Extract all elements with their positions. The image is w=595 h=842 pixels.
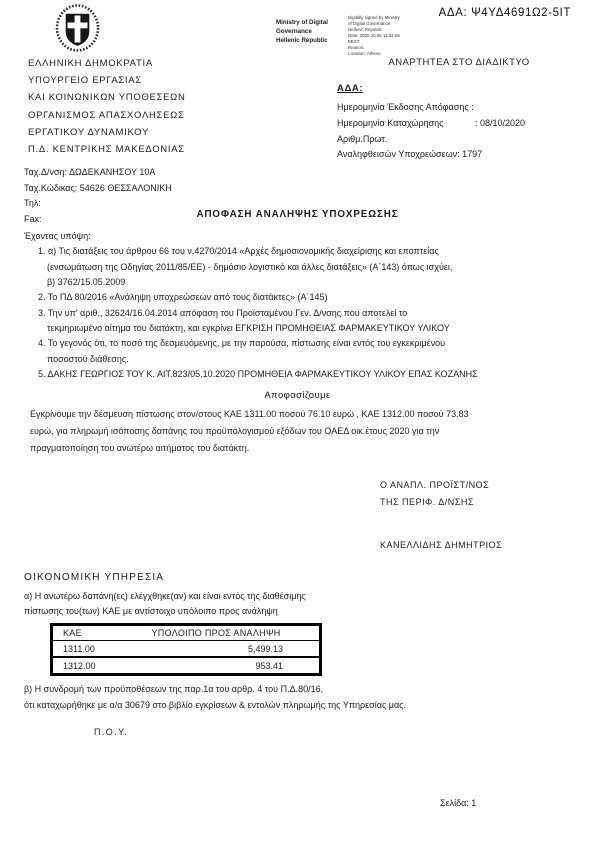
stamp-line: Ministry of Digital [276, 19, 328, 28]
table-row: 1311.00 5,499.13 [52, 641, 321, 658]
decision-line: Εγκρίνουμε την δέσμευση πίστωσης στον/στ… [30, 406, 578, 423]
stamp-line: Governance [276, 28, 328, 37]
poy-signature-label: Π.Ο.Υ. [94, 727, 580, 737]
postal-address-line: Ταχ.Δ/νση: ΔΩΔΕΚΑΝΗΣΟΥ 10Α [24, 165, 172, 181]
signer-name: ΚΑΝΕΛΛΙΔΗΣ ΔΗΜΗΤΡΙΟΣ [380, 537, 502, 554]
balance-cell: 5,499.13 [142, 641, 321, 658]
agency-line: ΟΡΓΑΝΙΣΜΟΣ ΑΠΑΣΧΟΛΗΣΕΩΣ [28, 107, 186, 124]
decision-heading: Αποφασίζουμε [0, 390, 595, 401]
ada-field-label: ΑΔΑ: [337, 83, 363, 94]
register-date-label: Ημερομηνία Καταχώρησης [337, 116, 475, 132]
list-item: 2. Το ΠΔ 80/2016 «Ανάληψη υποχρεώσεων απ… [24, 290, 580, 305]
signer-title-line: Ο ΑΝΑΠΛ. ΠΡΟΪΣΤ/ΝΟΣ [380, 477, 502, 494]
list-item: 1. α) Τις διατάξεις του άρθρου 66 του ν.… [24, 244, 580, 259]
list-item-continuation: (ενσωμάτωση της Οδηγίας 2011/85/ΕΕ) - δη… [24, 260, 580, 275]
signer-title-line: ΤΗΣ ΠΕΡΙΦ. Δ/ΝΣΗΣ [380, 494, 502, 511]
considering-heading: Έχοντας υπόψη: [24, 229, 580, 244]
signature-line: Location: Athens [348, 51, 438, 57]
agency-line: ΕΛΛΗΝΙΚΗ ΔΗΜΟΚΡΑΤΙΑ [28, 55, 186, 72]
note-a-line: πίστωσης του(των) ΚΑΕ με αντίστοιχο υπόλ… [24, 604, 580, 619]
page-number: Σελίδα: 1 [440, 798, 476, 808]
ministry-stamp: Ministry of Digital Governance Hellenic … [276, 19, 328, 46]
table-header-row: ΚΑΕ ΥΠΟΛΟΙΠΟ ΠΡΟΣ ΑΝΑΛΗΨΗ [52, 625, 321, 641]
document-title: ΑΠΟΦΑΣΗ ΑΝΑΛΗΨΗΣ ΥΠΟΧΡΕΩΣΗΣ [0, 209, 595, 220]
balance-cell: 953.41 [142, 657, 321, 675]
obligation-number-row: Αναληφθεισών Υποχρεώσεων: 1797 [337, 147, 525, 163]
agency-line: Π.Δ. ΚΕΝΤΡΙΚΗΣ ΜΑΚΕΔΟΝΙΑΣ [28, 141, 186, 158]
list-item: 3. Την υπ' αριθ., 32624/16.04.2014 απόφα… [24, 306, 580, 321]
kae-cell: 1312.00 [52, 657, 142, 675]
document-page: ΑΔΑ: Ψ4ΥΔ4691Ω2-5ΙΤ Ministry of Digital … [0, 0, 595, 842]
decision-meta-block: Ημερομηνία Έκδοσης Απόφασης : Ημερομηνία… [337, 100, 525, 163]
decision-line: πραγματοποίηση του ανωτέρω αιτήματος του… [30, 440, 578, 457]
protocol-number-row: Αριθμ.Πρωτ. [337, 132, 525, 148]
financial-service-heading: ΟΙΚΟΝΟΜΙΚΗ ΥΠΗΡΕΣΙΑ [24, 572, 580, 583]
ada-code: ΑΔΑ: Ψ4ΥΔ4691Ω2-5ΙΤ [439, 7, 571, 19]
agency-line: ΚΑΙ ΚΟΙΝΩΝΙΚΩΝ ΥΠΟΘΕΣΕΩΝ [28, 89, 186, 106]
table-header-balance: ΥΠΟΛΟΙΠΟ ΠΡΟΣ ΑΝΑΛΗΨΗ [142, 625, 321, 641]
internet-posting-notice: ΑΝΑΡΤΗΤΕΑ ΣΤΟ ΔΙΑΔΙΚΤΥΟ [350, 57, 568, 68]
agency-line: ΥΠΟΥΡΓΕΙΟ ΕΡΓΑΣΙΑΣ [28, 72, 186, 89]
list-item-continuation: β) 3762/15.05.2009 [24, 275, 580, 290]
issue-date-row: Ημερομηνία Έκδοσης Απόφασης : [337, 100, 525, 116]
list-item-continuation: τεκμηριωμένο αίτημα του διατάκτη, και εγ… [24, 321, 580, 336]
decision-line: ευρώ, για πληρωμή ισόποσης δαπάνης του π… [30, 423, 578, 440]
kae-cell: 1311.00 [52, 641, 142, 658]
register-date-row: Ημερομηνία Καταχώρησης : 08/10/2020 [337, 116, 525, 132]
note-b-line: ότι καταχωρήθηκε με α/α 30679 στο βιβλίο… [24, 698, 580, 713]
hellenic-coat-of-arms-icon [54, 3, 101, 58]
note-a-line: α) Η ανωτέρω δαπάνη(ες) ελέγχθηκε(αν) κα… [24, 589, 580, 604]
signer-block: Ο ΑΝΑΠΛ. ΠΡΟΪΣΤ/ΝΟΣ ΤΗΣ ΠΕΡΙΦ. Δ/ΝΣΗΣ ΚΑ… [380, 477, 502, 554]
list-item-continuation: ποσοστού διάθεσης. [24, 352, 580, 367]
issuing-agency-block: ΕΛΛΗΝΙΚΗ ΔΗΜΟΚΡΑΤΙΑ ΥΠΟΥΡΓΕΙΟ ΕΡΓΑΣΙΑΣ Κ… [28, 55, 186, 158]
table-header-kae: ΚΑΕ [52, 625, 142, 641]
postal-code-line: Ταχ.Κώδικας: 54626 ΘΕΣΣΑΛΟΝΙΚΗ [24, 181, 172, 197]
table-row: 1312.00 953.41 [52, 657, 321, 675]
financial-service-section: ΟΙΚΟΝΟΜΙΚΗ ΥΠΗΡΕΣΙΑ α) Η ανωτέρω δαπάνη(… [24, 572, 580, 737]
digital-signature-details: Digitally signed by Ministry of Digital … [348, 15, 438, 57]
register-date-value: : 08/10/2020 [475, 116, 525, 132]
stamp-line: Hellenic Republic [276, 37, 328, 46]
decision-body: Εγκρίνουμε την δέσμευση πίστωσης στον/στ… [30, 406, 578, 457]
list-item: 4. Το γεγονός ότι, το ποσό της δεσμευόμε… [24, 336, 580, 351]
kae-balance-table: ΚΑΕ ΥΠΟΛΟΙΠΟ ΠΡΟΣ ΑΝΑΛΗΨΗ 1311.00 5,499.… [50, 623, 322, 676]
agency-line: ΕΡΓΑΤΙΚΟΥ ΔΥΝΑΜΙΚΟΥ [28, 124, 186, 141]
note-b-line: β) Η συνδρομή των προϋποθέσεων της παρ.1… [24, 682, 580, 698]
legal-basis-section: Έχοντας υπόψη: 1. α) Τις διατάξεις του ά… [24, 229, 580, 382]
list-item: 5. ΔΑΚΗΣ ΓΕΩΡΓΙΟΣ ΤΟΥ Κ. ΑΙΤ.823/05.10.2… [24, 367, 580, 382]
